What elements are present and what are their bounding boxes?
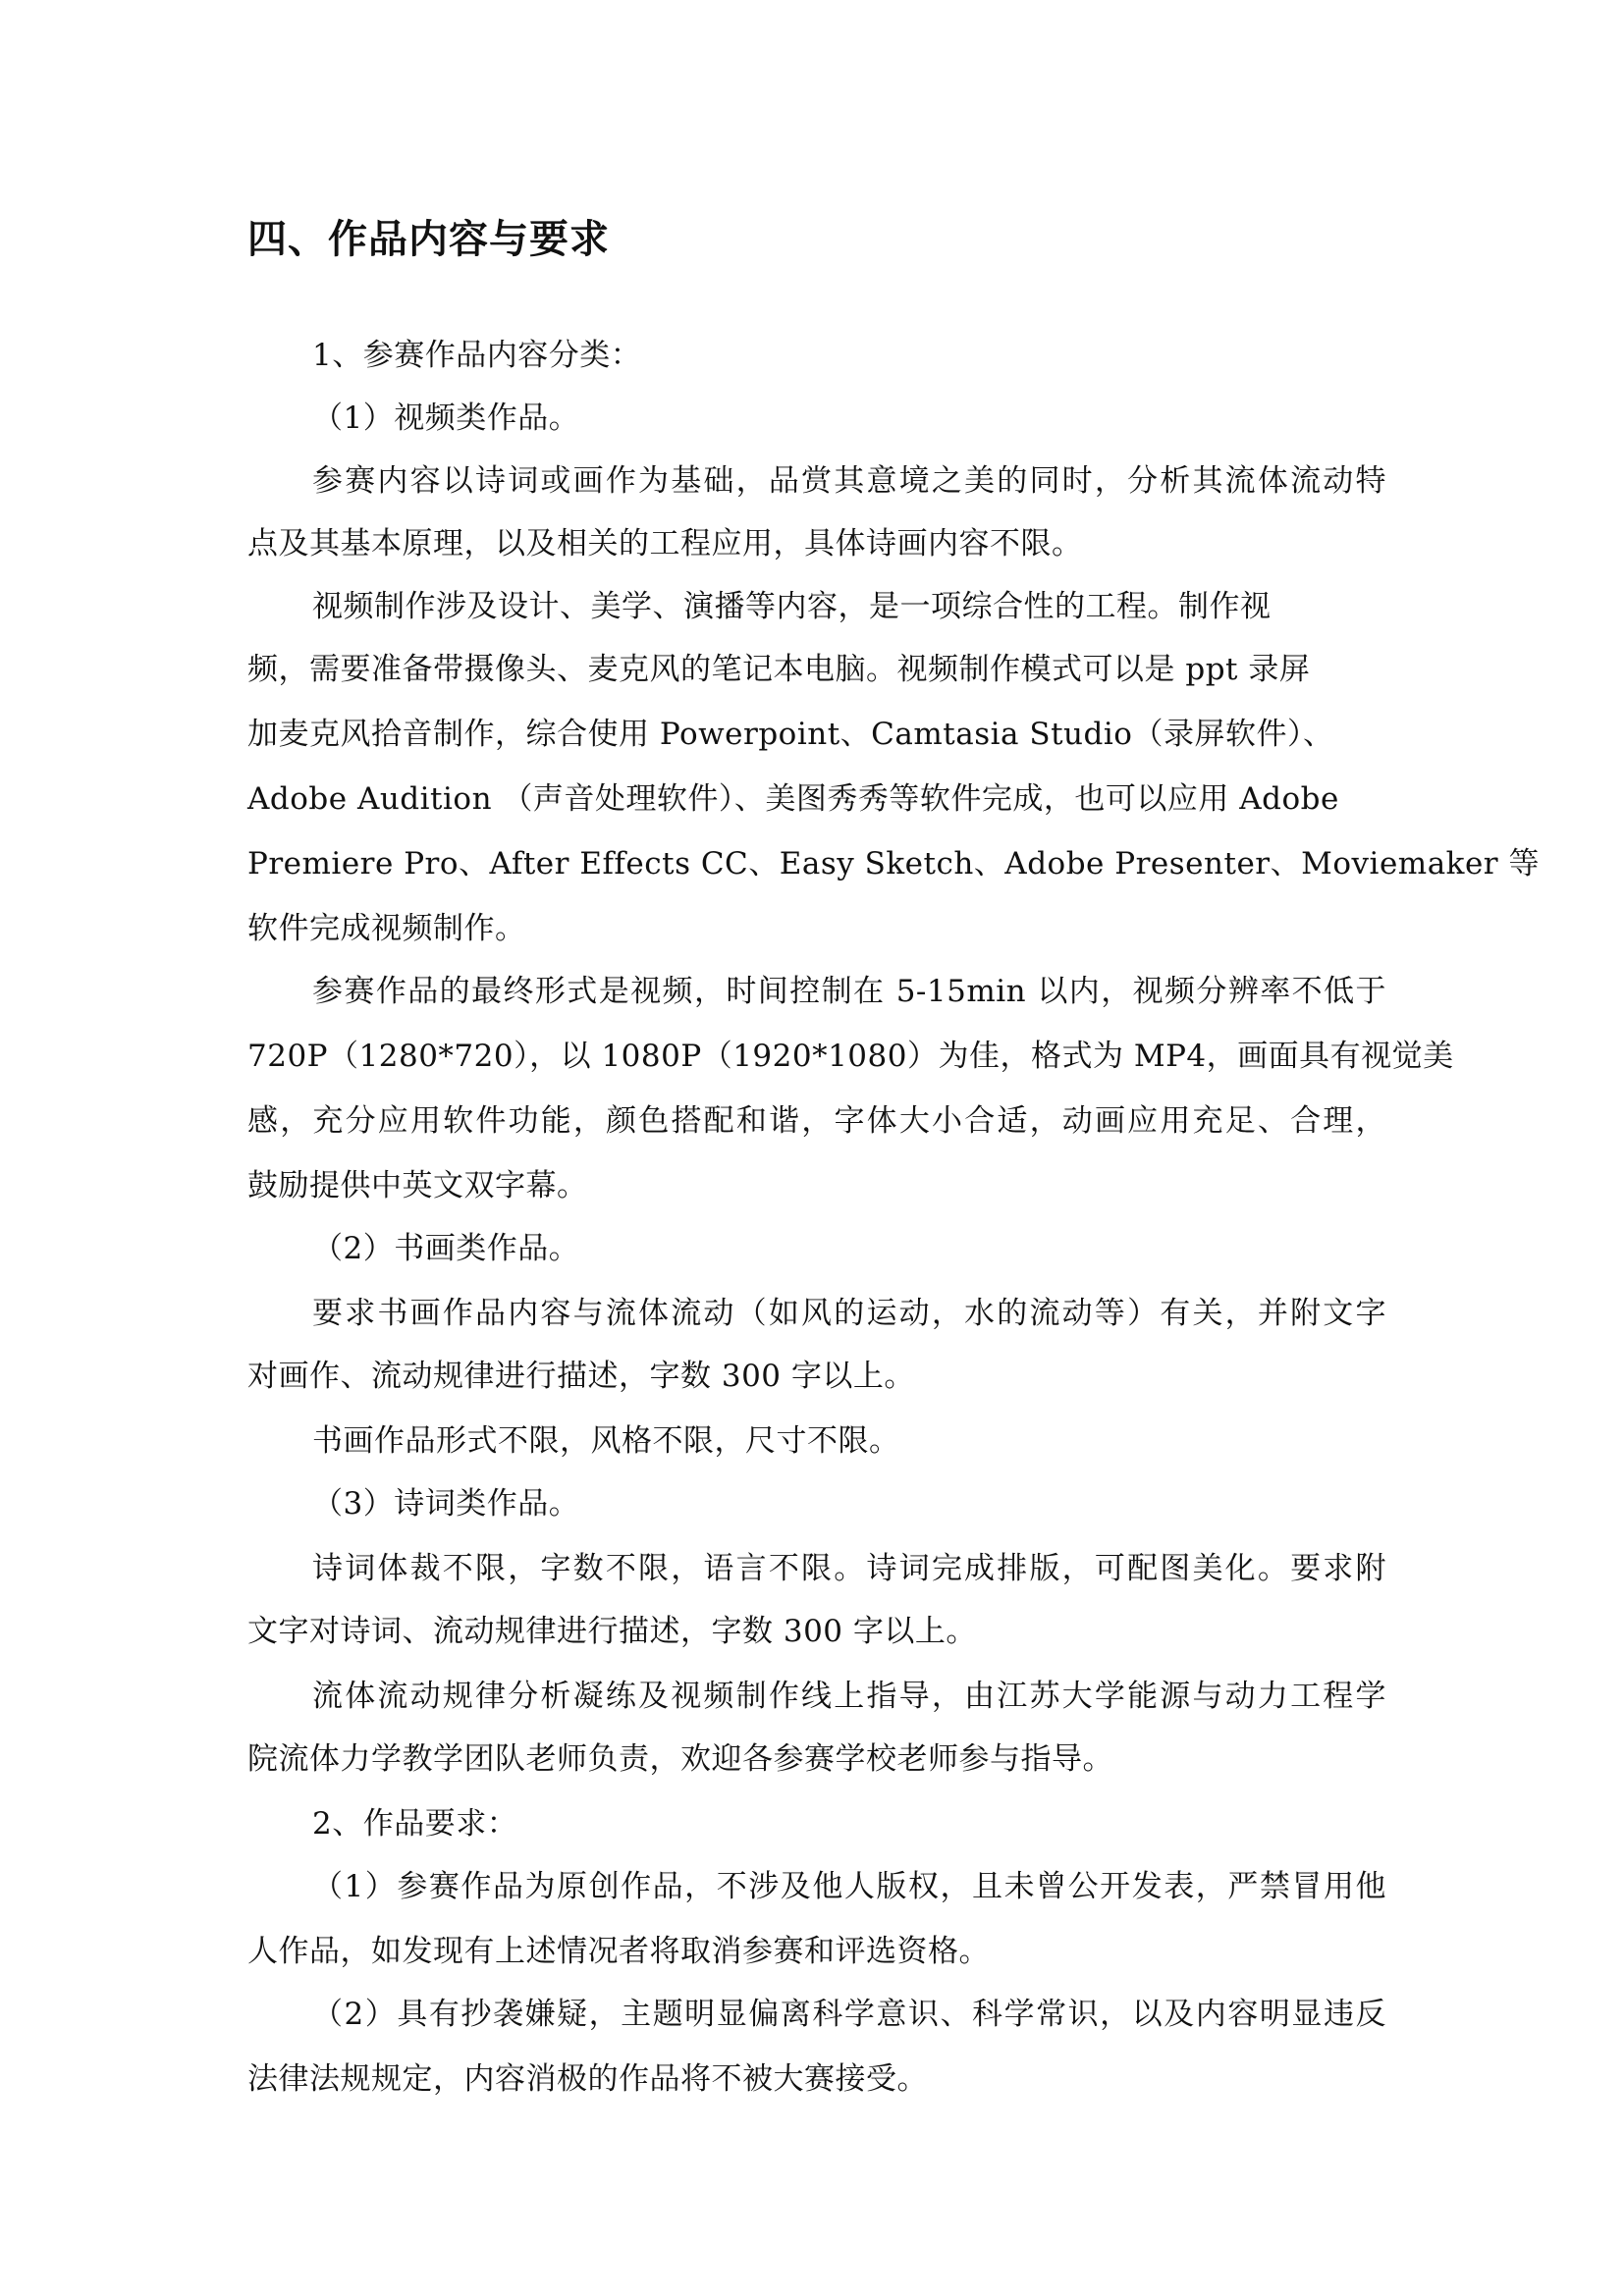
text-line: Premiere Pro、After Effects CC、Easy Sketc… <box>247 842 1386 885</box>
text-line: 人作品，如发现有上述情况者将取消参赛和评选资格。 <box>247 1930 1386 1973</box>
text-line: （3）诗词类作品。 <box>312 1482 1386 1525</box>
text-line: Adobe Audition （声音处理软件）、美图秀秀等软件完成，也可以应用 … <box>247 777 1386 821</box>
text-line: 720P（1280*720），以 1080P（1920*1080）为佳，格式为 … <box>247 1035 1386 1078</box>
text-line: 鼓励提供中英文双字幕。 <box>247 1164 1386 1207</box>
text-line: 频，需要准备带摄像头、麦克风的笔记本电脑。视频制作模式可以是 ppt 录屏 <box>247 648 1386 691</box>
text-line: 要求书画作品内容与流体流动（如风的运动，水的流动等）有关，并附文字 <box>312 1292 1386 1335</box>
text-line: 视频制作涉及设计、美学、演播等内容，是一项综合性的工程。制作视 <box>312 585 1386 628</box>
text-line: 文字对诗词、流动规律进行描述，字数 300 字以上。 <box>247 1610 1386 1653</box>
text-line: 软件完成视频制作。 <box>247 907 1386 950</box>
text-line: （2）书画类作品。 <box>312 1227 1386 1270</box>
text-line: （2）具有抄袭嫌疑，主题明显偏离科学意识、科学常识，以及内容明显违反 <box>312 1993 1386 2036</box>
text-line: 院流体力学教学团队老师负责，欢迎各参赛学校老师参与指导。 <box>247 1737 1386 1781</box>
text-line: （1）视频类作品。 <box>312 397 1386 440</box>
text-line: 感，充分应用软件功能，颜色搭配和谐，字体大小合适，动画应用充足、合理， <box>247 1099 1386 1143</box>
text-line: 1、参赛作品内容分类： <box>312 334 1386 377</box>
text-line: 参赛内容以诗词或画作为基础，品赏其意境之美的同时，分析其流体流动特 <box>312 459 1386 503</box>
text-line: 法律法规规定，内容消极的作品将不被大赛接受。 <box>247 2057 1386 2101</box>
section-heading: 四、作品内容与要求 <box>247 214 610 265</box>
text-line: 书画作品形式不限，风格不限，尺寸不限。 <box>312 1419 1386 1463</box>
text-line: 加麦克风拾音制作，综合使用 Powerpoint、Camtasia Studio… <box>247 713 1386 756</box>
text-line: 2、作品要求： <box>312 1802 1386 1845</box>
text-line: （1）参赛作品为原创作品，不涉及他人版权，且未曾公开发表，严禁冒用他 <box>312 1865 1386 1908</box>
document-page: 四、作品内容与要求 1、参赛作品内容分类：（1）视频类作品。参赛内容以诗词或画作… <box>0 0 1624 2296</box>
text-line: 流体流动规律分析凝练及视频制作线上指导，由江苏大学能源与动力工程学 <box>312 1675 1386 1718</box>
text-line: 参赛作品的最终形式是视频，时间控制在 5-15min 以内，视频分辨率不低于 <box>312 970 1386 1013</box>
text-line: 对画作、流动规律进行描述，字数 300 字以上。 <box>247 1355 1386 1398</box>
text-line: 点及其基本原理，以及相关的工程应用，具体诗画内容不限。 <box>247 522 1386 565</box>
text-line: 诗词体裁不限，字数不限，语言不限。诗词完成排版，可配图美化。要求附 <box>312 1547 1386 1590</box>
